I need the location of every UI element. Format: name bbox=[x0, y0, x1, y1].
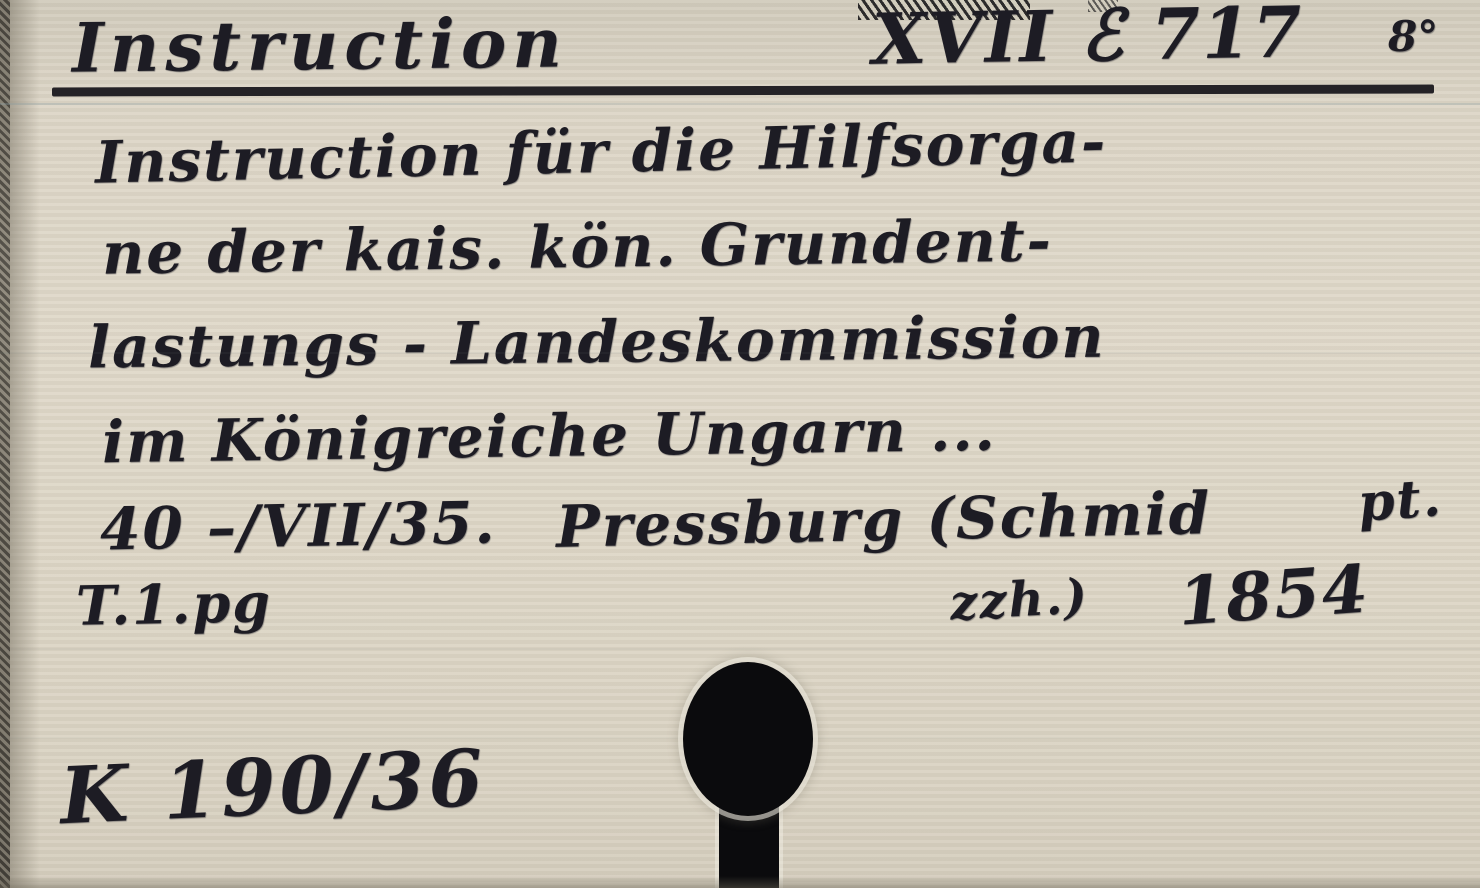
scan-streak bbox=[0, 352, 1480, 354]
printed-rule-line bbox=[0, 103, 1480, 105]
margin-note: pt. bbox=[1356, 467, 1445, 534]
header-underline bbox=[52, 85, 1434, 97]
card-left-edge bbox=[0, 0, 10, 888]
body-line-2: ne der kais. kön. Grundent- bbox=[102, 206, 1054, 287]
body-line-5-numbering: 40 –/VII/35. bbox=[99, 489, 497, 564]
catalog-card-scan: { "card": { "heading": "Instruction", "s… bbox=[0, 0, 1480, 888]
scan-streak bbox=[0, 648, 1480, 650]
shelfmark: XVII ℰ 717 bbox=[871, 0, 1304, 81]
format-size: 8° bbox=[1388, 12, 1438, 61]
body-line-5-place-author: Pressburg (Schmid bbox=[555, 479, 1211, 561]
body-line-3: lastungs - Landeskommission bbox=[88, 303, 1106, 382]
volume-note: T.1.pg bbox=[75, 570, 272, 637]
accession-number: K 190/36 bbox=[58, 733, 488, 843]
punch-hole bbox=[683, 662, 813, 816]
card-bottom-edge bbox=[0, 876, 1480, 888]
paren-close-note: zzh.) bbox=[949, 568, 1091, 631]
body-line-4: im Königreiche Ungarn ... bbox=[102, 396, 997, 476]
card-heading: Instruction bbox=[72, 3, 568, 88]
year: 1854 bbox=[1176, 549, 1373, 640]
card-left-edge-shadow bbox=[10, 0, 40, 888]
body-line-1: Instruction für die Hilfsorga- bbox=[94, 107, 1107, 196]
